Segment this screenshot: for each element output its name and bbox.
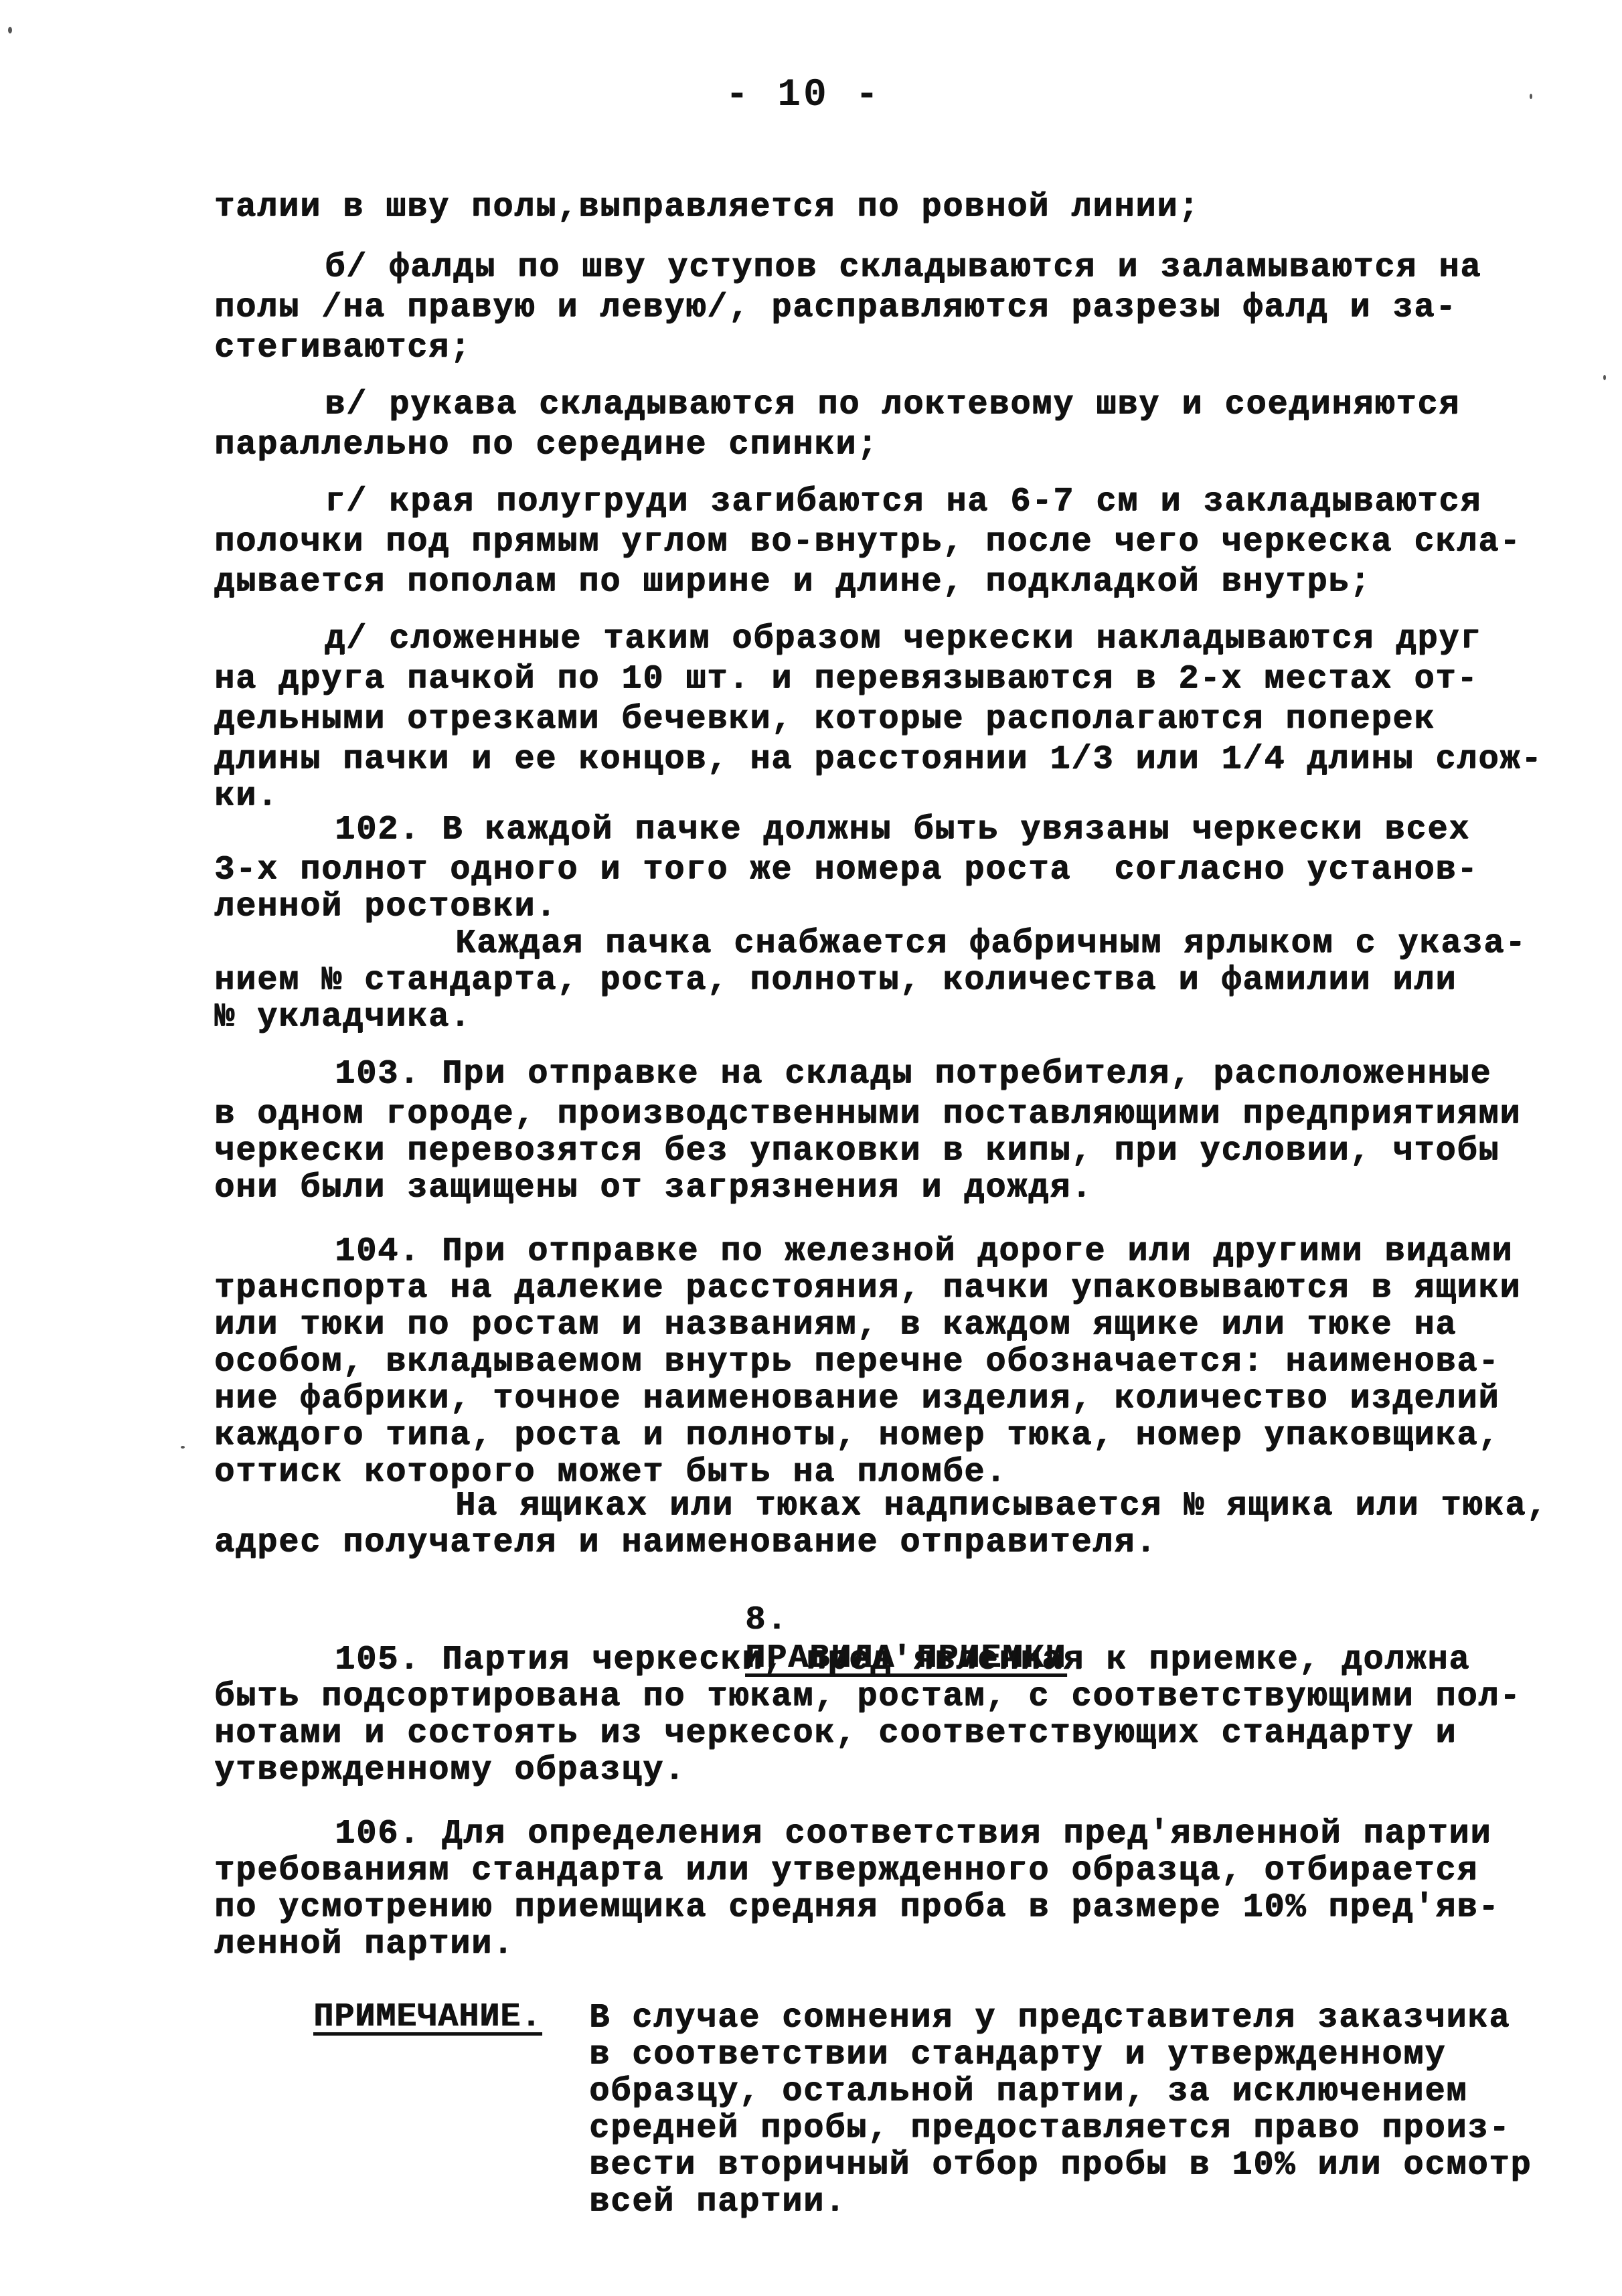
text-line: б/ фалды по шву уступов складываются и з… bbox=[325, 248, 1481, 288]
text-line: требованиям стандарта или утвержденного … bbox=[214, 1851, 1478, 1891]
note-line: в соответствии стандарту и утвержденному bbox=[589, 2035, 1446, 2075]
text-line: Каждая пачка снабжается фабричным ярлыко… bbox=[455, 924, 1526, 964]
text-line: стегиваются; bbox=[214, 328, 471, 368]
scan-speck bbox=[1603, 375, 1606, 380]
page-number: - 10 - bbox=[723, 74, 884, 117]
text-line: они были защищены от загрязнения и дождя… bbox=[214, 1168, 1092, 1208]
document-page: - 10 - талии в шву полы,выправляется по … bbox=[0, 0, 1622, 2296]
note-line: вести вторичный отбор пробы в 10% или ос… bbox=[589, 2145, 1532, 2186]
text-line: по усмотрению приемщика средняя проба в … bbox=[214, 1888, 1499, 1928]
text-line: д/ сложенные таким образом черкески накл… bbox=[325, 619, 1481, 659]
scan-speck bbox=[1530, 94, 1532, 99]
section-title: ПРАВИЛА ПРИЕМКИ bbox=[745, 1639, 1066, 1677]
section-number: 8. bbox=[745, 1601, 788, 1639]
text-line: 104. При отправке по железной дороге или… bbox=[335, 1232, 1513, 1272]
text-line: каждого типа, роста и полноты, номер тюк… bbox=[214, 1416, 1499, 1456]
text-line: нотами и состоять из черкесок, соответст… bbox=[214, 1714, 1457, 1754]
text-line: в/ рукава складываются по локтевому шву … bbox=[325, 385, 1460, 425]
text-line: или тюки по ростам и названиям, в каждом… bbox=[214, 1305, 1457, 1345]
text-line: полочки под прямым углом во-внутрь, посл… bbox=[214, 522, 1521, 562]
text-line: дельными отрезками бечевки, которые расп… bbox=[214, 700, 1435, 740]
text-line: 102. В каждой пачке должны быть увязаны … bbox=[335, 810, 1470, 850]
text-line: параллельно по середине спинки; bbox=[214, 425, 878, 465]
text-line: ленной ростовки. bbox=[214, 887, 557, 927]
section-heading: 8. ПРАВИЛА ПРИЕМКИ bbox=[659, 1563, 1066, 1716]
text-line: № укладчика. bbox=[214, 997, 471, 1038]
text-line: ленной партии. bbox=[214, 1924, 514, 1965]
text-line: нием № стандарта, роста, полноты, количе… bbox=[214, 961, 1457, 1001]
note-line: В случае сомнения у представителя заказч… bbox=[589, 1998, 1510, 2038]
text-line: 3-х полнот одного и того же номера роста… bbox=[214, 850, 1478, 890]
text-line: На ящиках или тюках надписывается № ящик… bbox=[455, 1486, 1548, 1526]
note-line: всей партии. bbox=[589, 2182, 846, 2222]
note-label: ПРИМЕЧАНИЕ. bbox=[313, 1998, 542, 2036]
scan-speck bbox=[181, 1446, 185, 1449]
text-line: адрес получателя и наименование отправит… bbox=[214, 1523, 1157, 1563]
text-line: длины пачки и ее концов, на расстоянии 1… bbox=[214, 740, 1542, 780]
note-line: образцу, остальной партии, за исключение… bbox=[589, 2072, 1467, 2112]
text-line: особом, вкладываемом внутрь перечне обоз… bbox=[214, 1342, 1499, 1382]
note-line: средней пробы, предоставляется право про… bbox=[589, 2109, 1510, 2149]
text-line: 103. При отправке на склады потребителя,… bbox=[335, 1054, 1491, 1094]
text-line: ки. bbox=[214, 776, 278, 817]
text-line: черкески перевозятся без упаковки в кипы… bbox=[214, 1131, 1499, 1171]
text-line: ние фабрики, точное наименование изделия… bbox=[214, 1379, 1499, 1419]
text-line: дывается пополам по ширине и длине, подк… bbox=[214, 562, 1371, 602]
text-line: утвержденному образцу. bbox=[214, 1750, 685, 1791]
text-line: в одном городе, производственными постав… bbox=[214, 1094, 1521, 1135]
text-line: транспорта на далекие расстояния, пачки … bbox=[214, 1268, 1521, 1309]
text-line: талии в шву полы,выправляется по ровной … bbox=[214, 187, 1200, 228]
text-line: полы /на правую и левую/, расправляются … bbox=[214, 288, 1457, 328]
text-line: на друга пачкой по 10 шт. и перевязывают… bbox=[214, 659, 1478, 700]
text-line: 106. Для определения соответствия пред'я… bbox=[335, 1814, 1491, 1854]
text-line: г/ края полугруди загибаются на 6-7 см и… bbox=[325, 482, 1481, 522]
scan-speck bbox=[8, 27, 12, 33]
